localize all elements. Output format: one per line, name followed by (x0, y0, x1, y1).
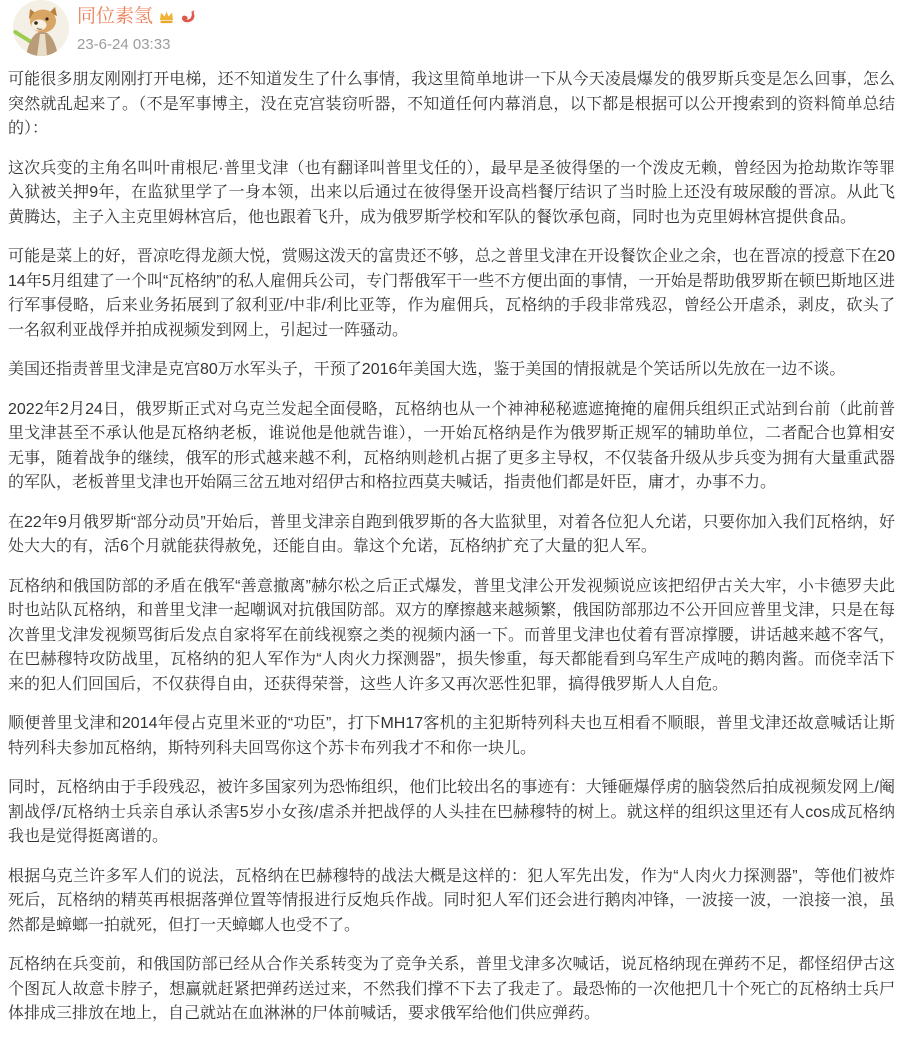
post-paragraph-5: 2022年2月24日，俄罗斯正式对乌克兰发起全面侵略，瓦格纳也从一个神神秘秘遮遮… (8, 398, 895, 496)
post-paragraph-11: 瓦格纳在兵变前，和俄国防部已经从合作关系转变为了竞争关系，普里戈津多次喊话，说瓦… (8, 953, 895, 1027)
timestamp: 23-6-24 03:33 (77, 36, 905, 53)
post-paragraph-6: 在22年9月俄罗斯“部分动员”开始后，普里戈津亲自跑到俄罗斯的各大监狱里，对着各… (8, 511, 895, 560)
crown-icon (158, 10, 175, 24)
post-paragraph-10: 根据乌克兰许多军人们的说法，瓦格纳在巴赫穆特的战法大概是这样的：犯人军先出发，作… (8, 865, 895, 939)
post-header: 同位素氢 23-6-24 03:33 (0, 0, 905, 62)
weibo-post-page: 同位素氢 23-6-24 03:33 可能很多朋友刚刚打开电梯，还不知道发生了什… (0, 0, 905, 1037)
dog-jedi-avatar (13, 0, 69, 56)
post-paragraph-7: 瓦格纳和俄国防部的矛盾在俄军“善意撤离”赫尔松之后正式爆发，普里戈津公开发视频说… (8, 575, 895, 698)
post-paragraph-8: 顺便普里戈津和2014年侵占克里米亚的“功臣”，打下MH17客机的主犯斯特列科夫… (8, 712, 895, 761)
post-paragraph-4: 美国还指责普里戈津是克宫80万水军头子，干预了2016年美国大选，鉴于美国的情报… (8, 358, 895, 383)
user-line: 同位素氢 (77, 4, 905, 30)
shrimp-icon (180, 10, 196, 25)
post-paragraph-9: 同时，瓦格纳由于手段残忍，被许多国家列为恐怖组织，他们比较出名的事迹有：大锤砸爆… (8, 776, 895, 850)
avatar[interactable] (13, 0, 69, 56)
post-paragraph-3: 可能是菜上的好，晋凉吃得龙颜大悦，赏赐这泼天的富贵还不够，总之普里戈津在开设餐饮… (8, 245, 895, 343)
username[interactable]: 同位素氢 (77, 4, 153, 30)
post-body: 可能很多朋友刚刚打开电梯，还不知道发生了什么事情，我这里简单地讲一下从今天凌晨爆… (0, 62, 905, 1037)
post-paragraph-2: 这次兵变的主角名叫叶甫根尼·普里戈津（也有翻译叫普里戈任的），最早是圣彼得堡的一… (8, 157, 895, 231)
post-paragraph-1: 可能很多朋友刚刚打开电梯，还不知道发生了什么事情，我这里简单地讲一下从今天凌晨爆… (8, 68, 895, 142)
